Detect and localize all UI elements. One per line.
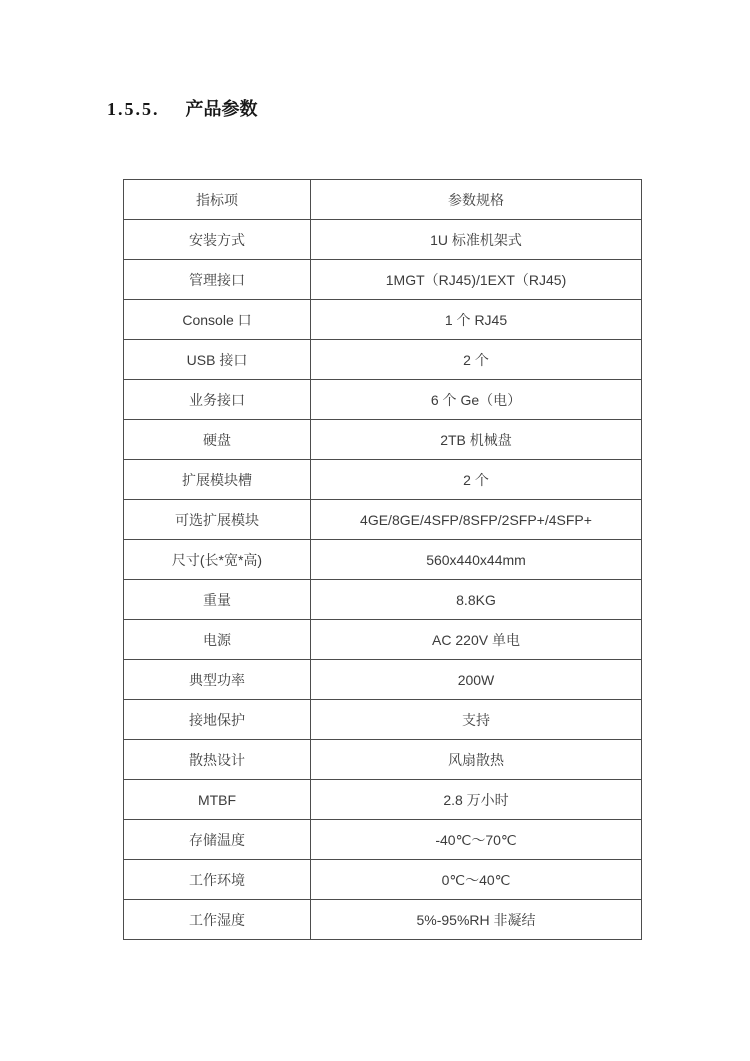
product-parameters-table: 指标项 参数规格 安装方式 1U 标准机架式 管理接口 1MGT（RJ45)/1… <box>123 179 642 940</box>
row-label: 工作湿度 <box>124 900 311 940</box>
row-label: 硬盘 <box>124 420 311 460</box>
row-label: 电源 <box>124 620 311 660</box>
row-value: 1MGT（RJ45)/1EXT（RJ45) <box>311 260 642 300</box>
table-row: 业务接口 6 个 Ge（电） <box>124 380 642 420</box>
row-value: 2 个 <box>311 340 642 380</box>
row-label: 重量 <box>124 580 311 620</box>
row-value: 2.8 万小时 <box>311 780 642 820</box>
row-value: 1U 标准机架式 <box>311 220 642 260</box>
row-label: 散热设计 <box>124 740 311 780</box>
row-value: 2TB 机械盘 <box>311 420 642 460</box>
table-row: Console 口 1 个 RJ45 <box>124 300 642 340</box>
row-value: AC 220V 单电 <box>311 620 642 660</box>
table-row: 工作湿度 5%-95%RH 非凝结 <box>124 900 642 940</box>
row-label: 管理接口 <box>124 260 311 300</box>
table-row: 尺寸(长*宽*高) 560x440x44mm <box>124 540 642 580</box>
section-number: 1.5.5. <box>107 99 160 119</box>
table-row: 散热设计 风扇散热 <box>124 740 642 780</box>
row-value: 风扇散热 <box>311 740 642 780</box>
table-row: 管理接口 1MGT（RJ45)/1EXT（RJ45) <box>124 260 642 300</box>
table-header-row: 指标项 参数规格 <box>124 180 642 220</box>
table-row: USB 接口 2 个 <box>124 340 642 380</box>
row-value: 0℃～40℃ <box>311 860 642 900</box>
row-label: 尺寸(长*宽*高) <box>124 540 311 580</box>
row-value: 8.8KG <box>311 580 642 620</box>
table-row: 安装方式 1U 标准机架式 <box>124 220 642 260</box>
table-row: 可选扩展模块 4GE/8GE/4SFP/8SFP/2SFP+/4SFP+ <box>124 500 642 540</box>
row-value: -40℃～70℃ <box>311 820 642 860</box>
section-title: 产品参数 <box>186 99 258 119</box>
table-row: 存储温度 -40℃～70℃ <box>124 820 642 860</box>
row-label: 接地保护 <box>124 700 311 740</box>
row-value: 支持 <box>311 700 642 740</box>
row-label: MTBF <box>124 780 311 820</box>
row-label: USB 接口 <box>124 340 311 380</box>
table-row: 工作环境 0℃～40℃ <box>124 860 642 900</box>
row-label: 可选扩展模块 <box>124 500 311 540</box>
row-value: 2 个 <box>311 460 642 500</box>
header-parameter-spec: 参数规格 <box>311 180 642 220</box>
table-row: 接地保护 支持 <box>124 700 642 740</box>
document-page: 1.5.5.产品参数 指标项 参数规格 安装方式 1U 标准机架式 管理接口 1… <box>0 0 750 1061</box>
row-label: 安装方式 <box>124 220 311 260</box>
row-label: 业务接口 <box>124 380 311 420</box>
row-label: 工作环境 <box>124 860 311 900</box>
table-row: 典型功率 200W <box>124 660 642 700</box>
row-label: 典型功率 <box>124 660 311 700</box>
section-heading: 1.5.5.产品参数 <box>107 95 258 121</box>
row-value: 560x440x44mm <box>311 540 642 580</box>
row-value: 200W <box>311 660 642 700</box>
table-row: MTBF 2.8 万小时 <box>124 780 642 820</box>
row-value: 6 个 Ge（电） <box>311 380 642 420</box>
row-value: 1 个 RJ45 <box>311 300 642 340</box>
row-label: 扩展模块槽 <box>124 460 311 500</box>
row-label: 存储温度 <box>124 820 311 860</box>
row-label: Console 口 <box>124 300 311 340</box>
table-row: 扩展模块槽 2 个 <box>124 460 642 500</box>
row-value: 5%-95%RH 非凝结 <box>311 900 642 940</box>
row-value: 4GE/8GE/4SFP/8SFP/2SFP+/4SFP+ <box>311 500 642 540</box>
table-row: 重量 8.8KG <box>124 580 642 620</box>
header-indicator-item: 指标项 <box>124 180 311 220</box>
table-row: 电源 AC 220V 单电 <box>124 620 642 660</box>
table-row: 硬盘 2TB 机械盘 <box>124 420 642 460</box>
